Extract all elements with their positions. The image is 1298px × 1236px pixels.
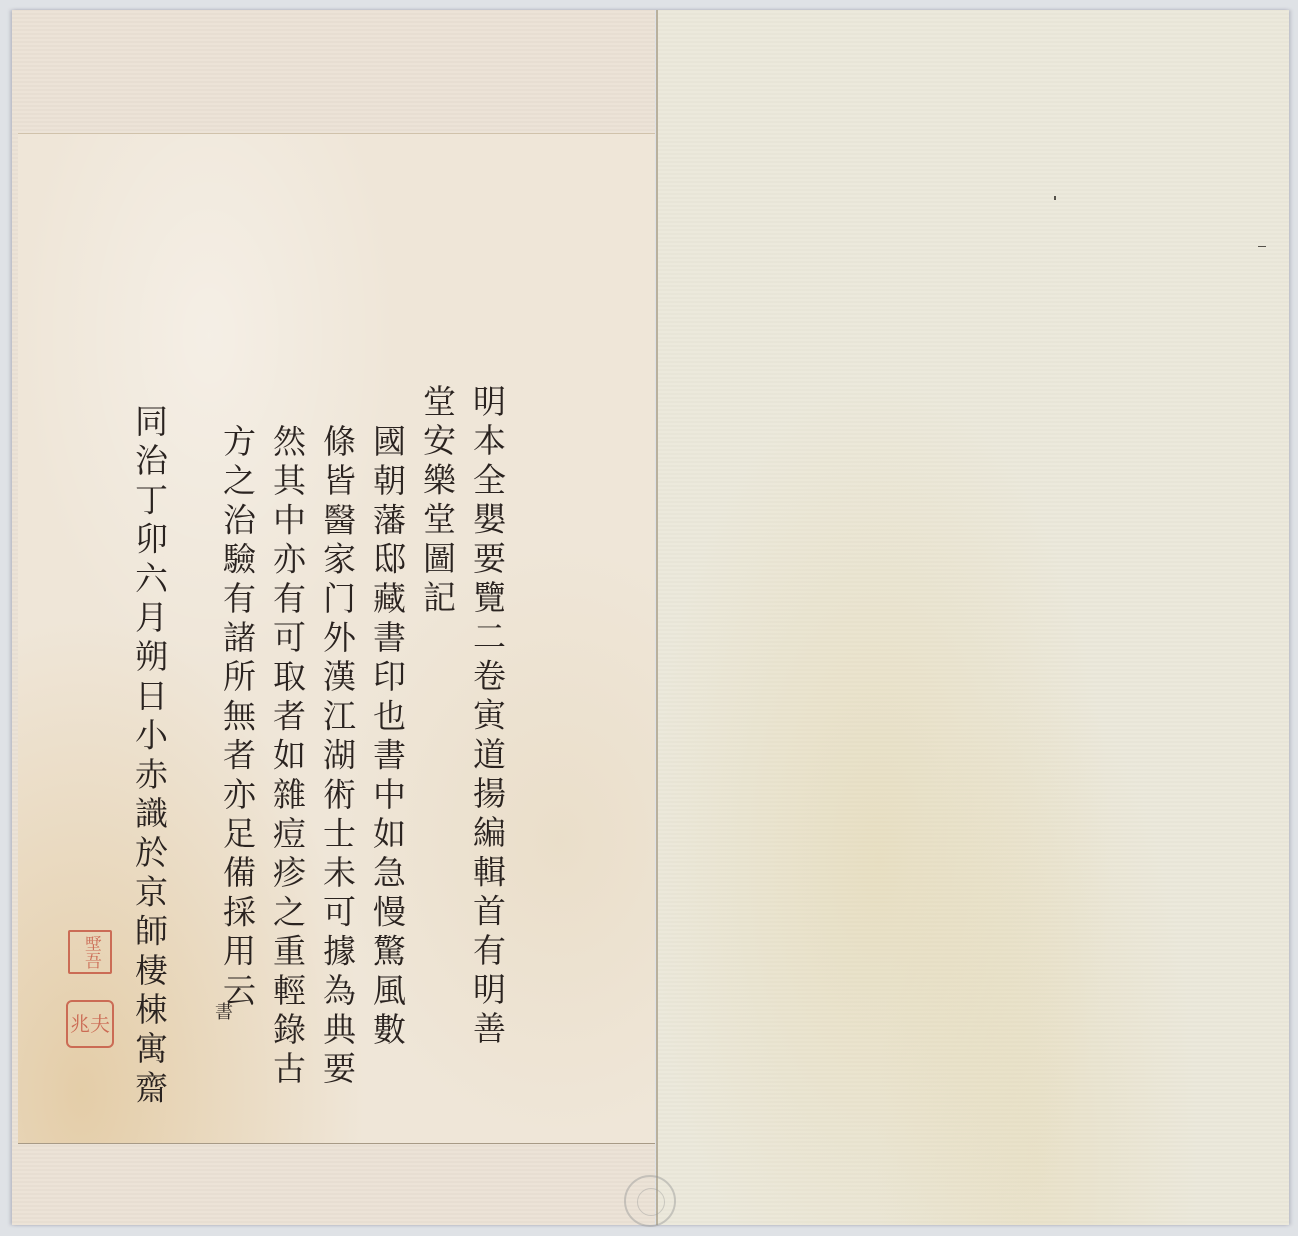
text-column-2: 堂安樂堂圖記 — [421, 384, 454, 619]
paper-speck — [1258, 246, 1266, 247]
colophon-panel: 明本全嬰要覽二卷寅道揚編輯首有明善 堂安樂堂圖記 國朝藩邸藏書印也書中如急慢驚風… — [18, 133, 655, 1144]
text-column-3: 國朝藩邸藏書印也書中如急慢驚風數 — [371, 424, 404, 1051]
library-stamp-icon — [624, 1175, 676, 1227]
small-note-character: 書 — [213, 1002, 231, 1020]
text-column-5: 然其中亦有可取者如雜痘疹之重輕錄古 — [271, 424, 304, 1090]
text-column-1: 明本全嬰要覽二卷寅道揚編輯首有明善 — [471, 384, 504, 1050]
text-column-6: 方之治驗有諸所無者亦足備採用云 — [221, 424, 254, 1012]
red-seal-name: 兆夫 — [66, 1000, 114, 1048]
text-column-4: 條皆醫家门外漢江湖術士未可據為典要 — [321, 424, 354, 1090]
red-seal-square: 㙒吾 — [68, 930, 112, 974]
paper-speck — [1054, 196, 1056, 200]
right-blank-leaf — [656, 10, 1289, 1225]
text-column-signature: 同治丁卯六月朔日小赤識於京師棲梀寓齋 — [133, 404, 166, 1110]
